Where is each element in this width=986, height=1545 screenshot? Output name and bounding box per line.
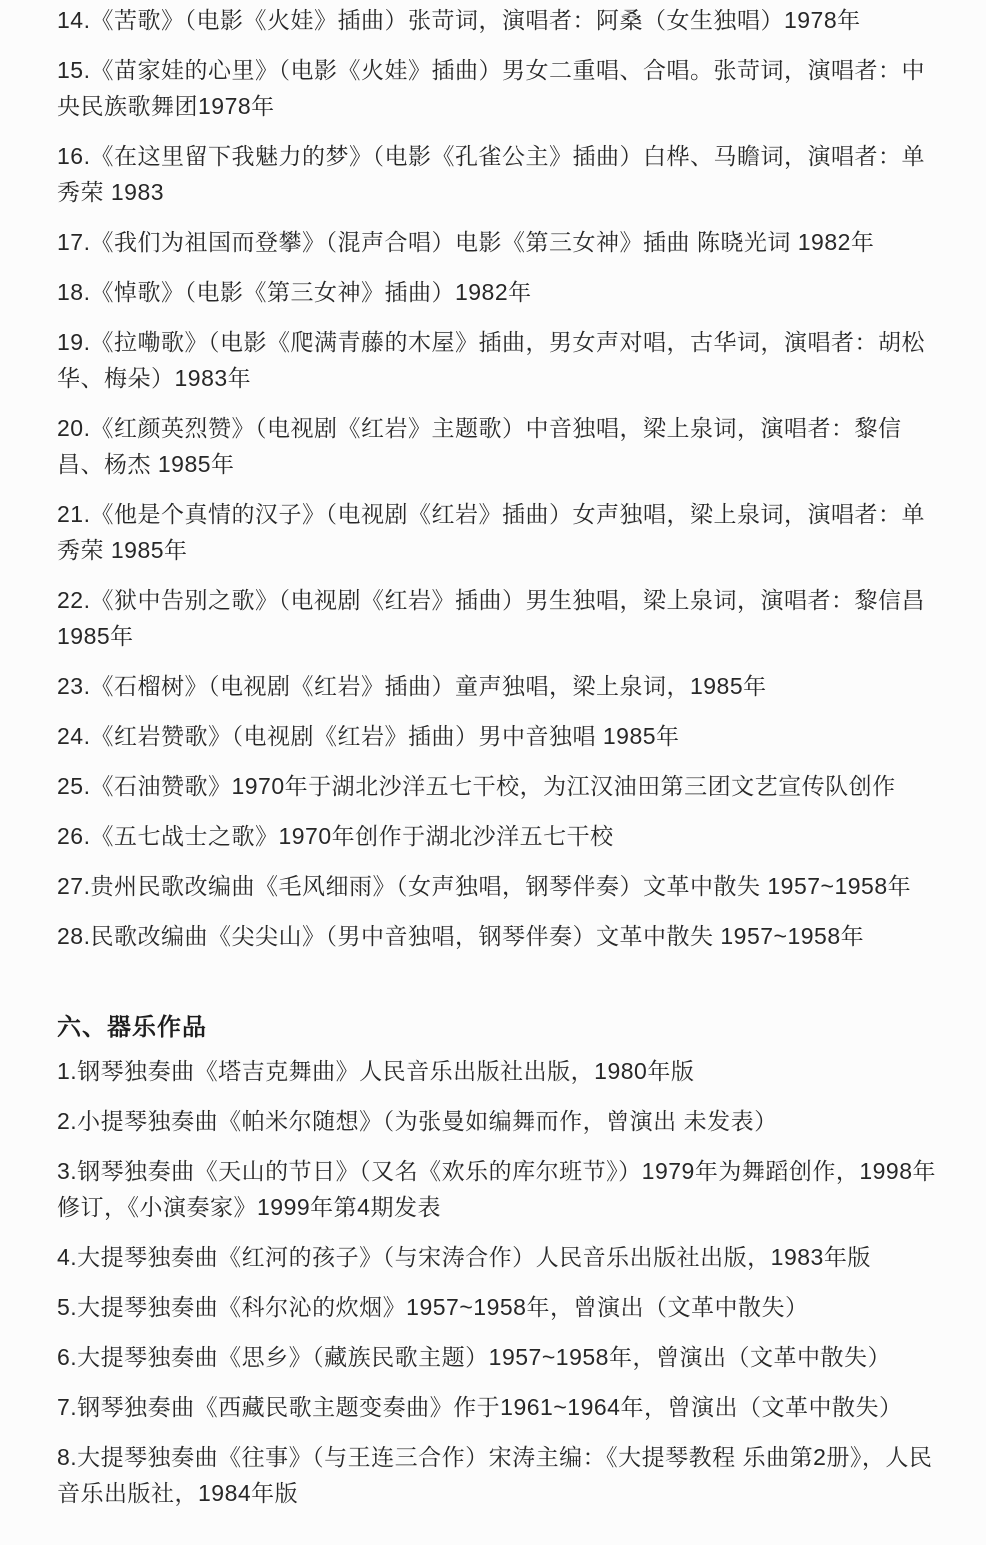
document-page: 14.《苦歌》（电影《火娃》插曲）张苛词，演唱者：阿桑（女生独唱）1978年15…	[0, 0, 986, 1545]
list-item: 17.《我们为祖国而登攀》（混声合唱）电影《第三女神》插曲 陈晓光词 1982年	[57, 224, 938, 260]
list-item: 5.大提琴独奏曲《科尔沁的炊烟》1957~1958年，曾演出（文革中散失）	[57, 1289, 938, 1325]
list-item: 4.大提琴独奏曲《红河的孩子》（与宋涛合作）人民音乐出版社出版，1983年版	[57, 1239, 938, 1275]
list-item: 7.钢琴独奏曲《西藏民歌主题变奏曲》作于1961~1964年，曾演出（文革中散失…	[57, 1389, 938, 1425]
list-item: 24.《红岩赞歌》（电视剧《红岩》插曲）男中音独唱 1985年	[57, 718, 938, 754]
vocal-works-list: 14.《苦歌》（电影《火娃》插曲）张苛词，演唱者：阿桑（女生独唱）1978年15…	[57, 2, 938, 954]
list-item: 25.《石油赞歌》1970年于湖北沙洋五七干校，为江汉油田第三团文艺宣传队创作	[57, 768, 938, 804]
list-item: 23.《石榴树》（电视剧《红岩》插曲）童声独唱，梁上泉词，1985年	[57, 668, 938, 704]
list-item: 15.《苗家娃的心里》（电影《火娃》插曲）男女二重唱、合唱。张苛词，演唱者：中央…	[57, 52, 938, 124]
list-item: 8.大提琴独奏曲《往事》（与王连三合作）宋涛主编：《大提琴教程 乐曲第2册》，人…	[57, 1439, 938, 1511]
list-item: 6.大提琴独奏曲《思乡》（藏族民歌主题）1957~1958年，曾演出（文革中散失…	[57, 1339, 938, 1375]
list-item: 3.钢琴独奏曲《天山的节日》（又名《欢乐的库尔班节》）1979年为舞蹈创作，19…	[57, 1153, 938, 1225]
list-item: 19.《拉嘞歌》（电影《爬满青藤的木屋》插曲，男女声对唱，古华词，演唱者：胡松华…	[57, 324, 938, 396]
list-item: 14.《苦歌》（电影《火娃》插曲）张苛词，演唱者：阿桑（女生独唱）1978年	[57, 2, 938, 38]
instrumental-works-list: 1.钢琴独奏曲《塔吉克舞曲》人民音乐出版社出版，1980年版2.小提琴独奏曲《帕…	[57, 1053, 938, 1511]
list-item: 16.《在这里留下我魅力的梦》（电影《孔雀公主》插曲）白桦、马瞻词，演唱者：单秀…	[57, 138, 938, 210]
list-item: 22.《狱中告别之歌》（电视剧《红岩》插曲）男生独唱，梁上泉词，演唱者：黎信昌 …	[57, 582, 938, 654]
section-heading-instrumental-works: 六、器乐作品	[57, 1010, 938, 1046]
list-item: 26.《五七战士之歌》1970年创作于湖北沙洋五七干校	[57, 818, 938, 854]
list-item: 20.《红颜英烈赞》（电视剧《红岩》主题歌）中音独唱，梁上泉词，演唱者：黎信昌、…	[57, 410, 938, 482]
list-item: 21.《他是个真情的汉子》（电视剧《红岩》插曲）女声独唱，梁上泉词，演唱者：单秀…	[57, 496, 938, 568]
list-item: 27.贵州民歌改编曲《毛风细雨》（女声独唱，钢琴伴奏）文革中散失 1957~19…	[57, 868, 938, 904]
list-item: 18.《悼歌》（电影《第三女神》插曲）1982年	[57, 274, 938, 310]
list-item: 28.民歌改编曲《尖尖山》（男中音独唱，钢琴伴奏）文革中散失 1957~1958…	[57, 918, 938, 954]
list-item: 1.钢琴独奏曲《塔吉克舞曲》人民音乐出版社出版，1980年版	[57, 1053, 938, 1089]
list-item: 2.小提琴独奏曲《帕米尔随想》（为张曼如编舞而作，曾演出 未发表）	[57, 1103, 938, 1139]
